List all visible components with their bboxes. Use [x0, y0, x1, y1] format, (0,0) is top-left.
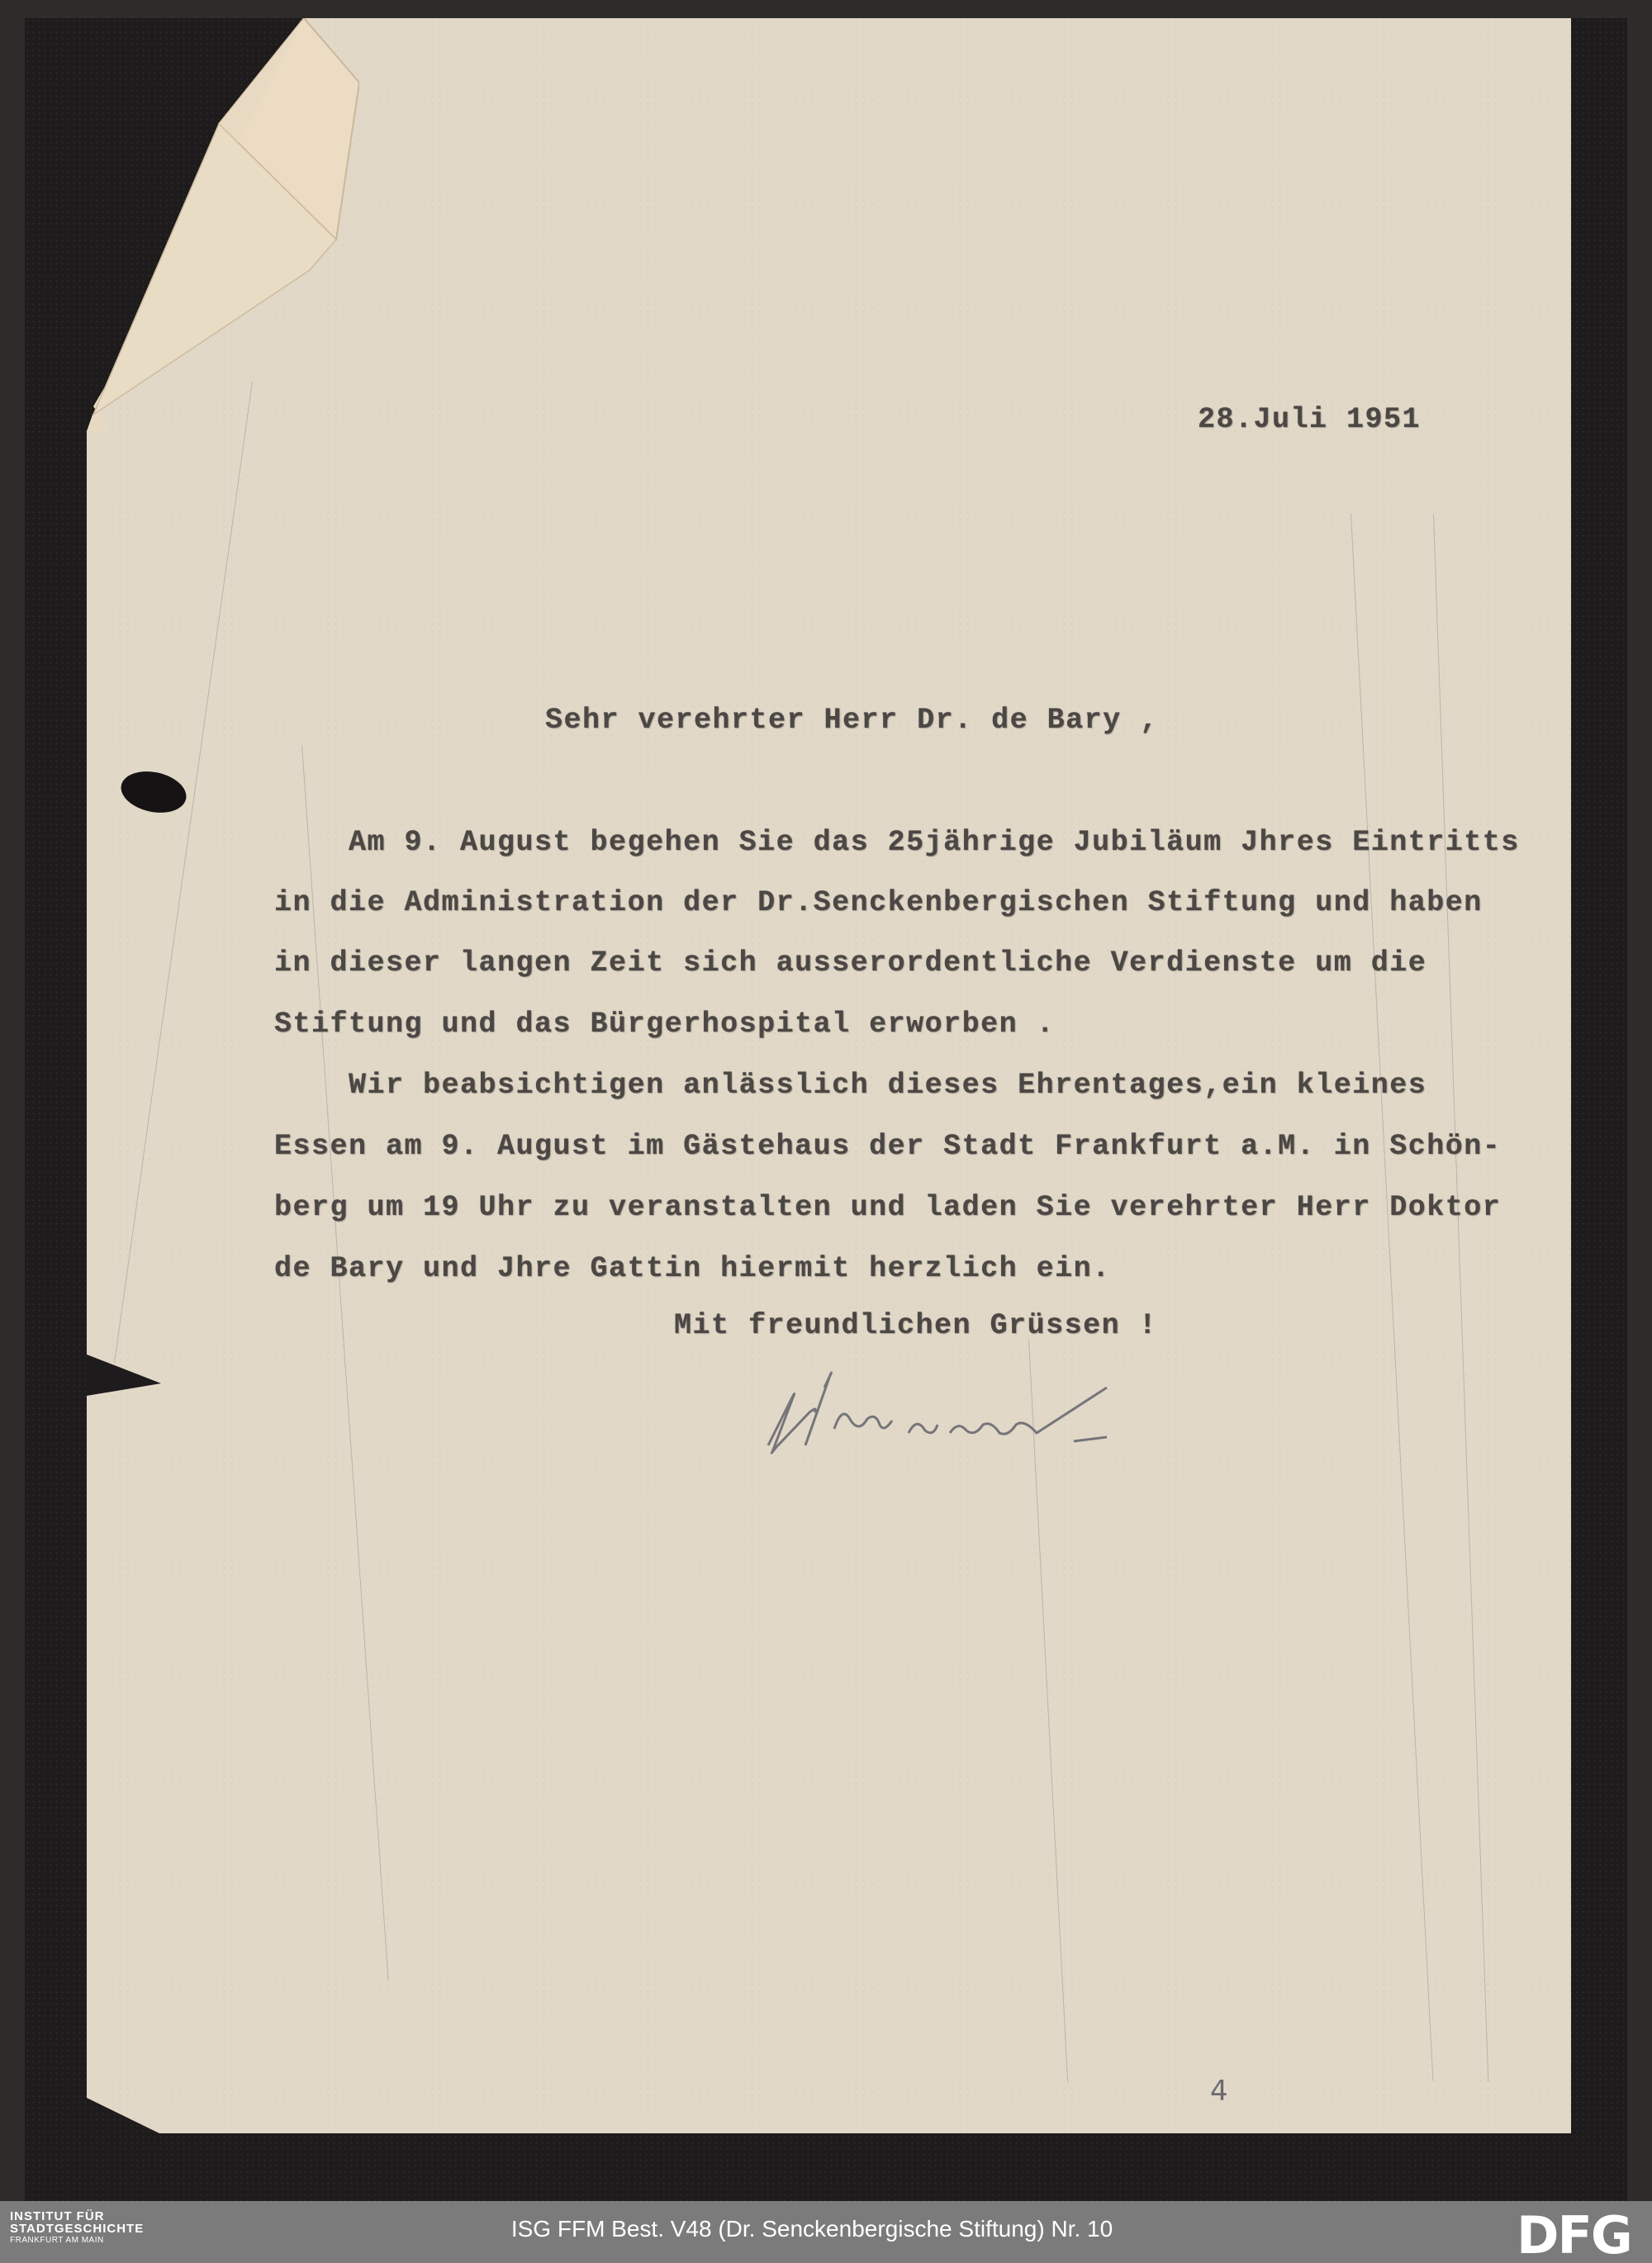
letter-salutation: Sehr verehrter Herr Dr. de Bary , — [545, 704, 1159, 737]
body-line: berg um 19 Uhr zu veranstalten und laden… — [274, 1191, 1501, 1224]
body-line: Wir beabsichtigen anlässlich dieses Ehre… — [274, 1069, 1427, 1102]
body-line: Am 9. August begehen Sie das 25jährige J… — [274, 826, 1520, 859]
body-line: Stiftung und das Bürgerhospital erworben… — [274, 1008, 1055, 1041]
pencil-line — [1433, 514, 1488, 2082]
handwritten-signature: Dr Passavant — [760, 1354, 1173, 1462]
pencil-line — [1351, 514, 1433, 2080]
pencil-line — [301, 745, 389, 1981]
letter-date: 28.Juli 1951 — [1198, 403, 1421, 436]
archive-caption: ISG FFM Best. V48 (Dr. Senckenbergische … — [0, 2216, 1652, 2242]
footer-bar: INSTITUT FÜR STADTGESCHICHTE FRANKFURT A… — [0, 2201, 1652, 2263]
letter-closing: Mit freundlichen Grüssen ! — [674, 1309, 1157, 1342]
dfg-logo: DFG — [1517, 2214, 1631, 2258]
archive-signature: ISG FFM Best. V48 (Dr. Senckenbergische … — [511, 2216, 1113, 2242]
body-line: in die Administration der Dr.Senckenberg… — [274, 886, 1483, 919]
body-line: de Bary und Jhre Gattin hiermit herzlich… — [274, 1252, 1111, 1285]
pencil-line — [114, 382, 253, 1363]
page-number: 4 — [1210, 2075, 1228, 2108]
body-line: in dieser langen Zeit sich ausserordentl… — [274, 946, 1427, 980]
body-line: Essen am 9. August im Gästehaus der Stad… — [274, 1130, 1501, 1163]
